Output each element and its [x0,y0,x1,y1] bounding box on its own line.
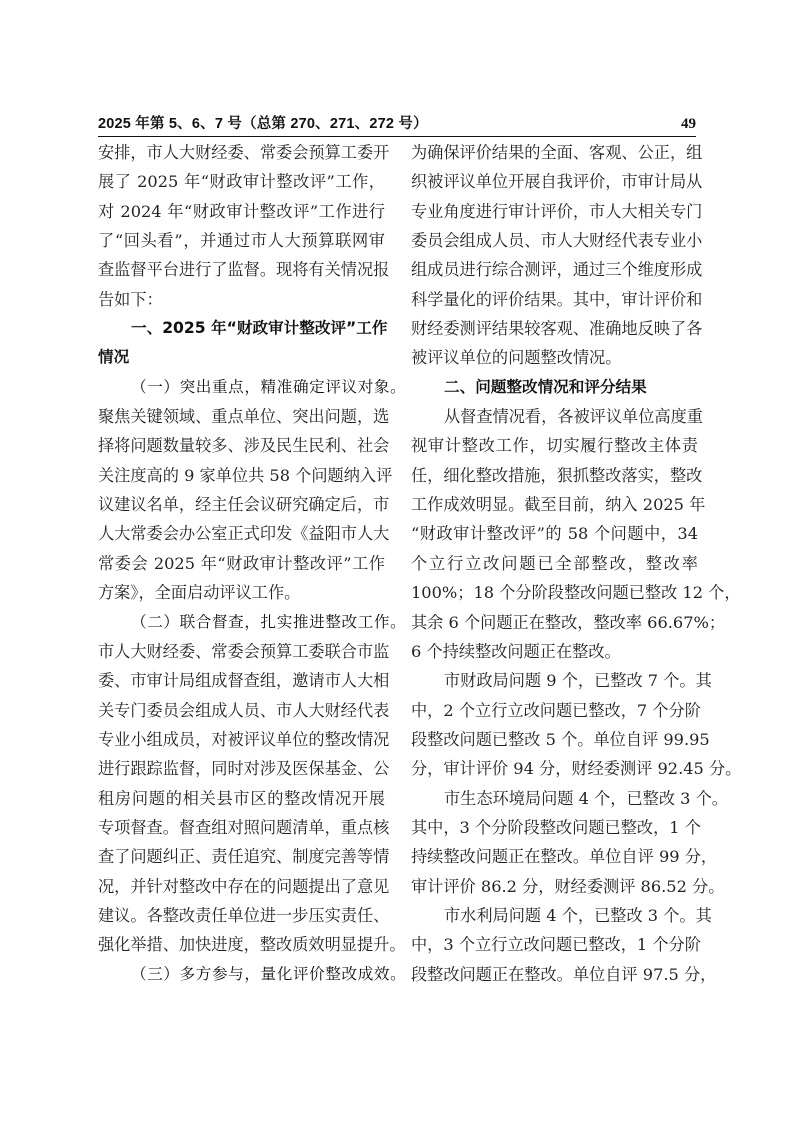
body-text-line: 人大常委会办公室正式印发《益阳市人大 [98,519,385,548]
body-text-line: 安排，市人大财经委、常委会预算工委开 [98,138,385,167]
subsection-heading: （二）联合督查，扎实推进整改工作。 [98,608,385,637]
body-text-line: 任，细化整改措施，狠抓整改落实，整改 [411,461,698,490]
body-text-line: 个立行立改问题已全部整改，整改率 [411,549,698,578]
body-text-line: 从督查情况看，各被评议单位高度重 [411,402,698,431]
body-text-line: 关注度高的 9 家单位共 58 个问题纳入评 [98,461,385,490]
section-heading: 一、2025 年“财政审计整改评”工作 [98,314,385,343]
body-text-line: 告如下： [98,285,385,314]
body-text-line: 市人大财经委、常委会预算工委联合市监 [98,637,385,666]
body-text-line: 择将问题数量较多、涉及民生民利、社会 [98,431,385,460]
body-text-line: 审计评价 86.2 分，财经委测评 86.52 分。 [411,872,698,901]
body-text-line: 100%；18 个分阶段整改问题已整改 12 个， [411,578,698,607]
subsection-heading: （一）突出重点，精准确定评议对象。 [98,373,385,402]
subsection-heading: （三）多方参与，量化评价整改成效。 [98,960,385,989]
body-text-line: 工作成效明显。截至目前，纳入 2025 年 [411,490,698,519]
body-text-line: 专业角度进行审计评价，市人大相关专门 [411,197,698,226]
body-text-line: 持续整改问题正在整改。单位自评 99 分， [411,842,698,871]
body-text-line: 况，并针对整改中存在的问题提出了意见 [98,872,385,901]
body-text-line: 织被评议单位开展自我评价，市审计局从 [411,167,698,196]
page-header: 2025 年第 5、6、7 号（总第 270、271、272 号） 49 [98,114,696,137]
body-text-line: 市生态环境局问题 4 个，已整改 3 个。 [411,784,698,813]
body-text-line: 专业小组成员，对被评议单位的整改情况 [98,725,385,754]
body-text-line: 分，审计评价 94 分，财经委测评 92.45 分。 [411,754,698,783]
body-text-line: 了“回头看”，并通过市人大预算联网审 [98,226,385,255]
body-text-line: 视审计整改工作，切实履行整改主体责 [411,431,698,460]
body-text-line: 被评议单位的问题整改情况。 [411,343,698,372]
body-text-line: 市财政局问题 9 个，已整改 7 个。其 [411,666,698,695]
body-text-line: 查了问题纠正、责任追究、制度完善等情 [98,842,385,871]
body-text-line: 强化举措、加快进度，整改质效明显提升。 [98,930,385,959]
body-text-line: 方案》，全面启动评议工作。 [98,578,385,607]
body-text-line: 委、市审计局组成督查组，邀请市人大相 [98,666,385,695]
body-text-line: 对 2024 年“财政审计整改评”工作进行 [98,197,385,226]
body-text-line: 其中，3 个分阶段整改问题已整改，1 个 [411,813,698,842]
right-column: 为确保评价结果的全面、客观、公正，组织被评议单位开展自我评价，市审计局从专业角度… [411,138,698,989]
body-text-line: 专项督查。督查组对照问题清单，重点核 [98,813,385,842]
body-text-line: 关专门委员会组成人员、市人大财经代表 [98,696,385,725]
body-text-line: 聚焦关键领域、重点单位、突出问题，选 [98,402,385,431]
body-text-line: 委员会组成人员、市人大财经代表专业小 [411,226,698,255]
journal-issue-label: 2025 年第 5、6、7 号（总第 270、271、272 号） [98,114,428,134]
page-number: 49 [681,114,696,134]
section-heading: 二、问题整改情况和评分结果 [411,373,698,402]
body-text-line: 段整改问题已整改 5 个。单位自评 99.95 [411,725,698,754]
body-text-line: 其余 6 个问题正在整改，整改率 66.67%； [411,608,698,637]
body-text-line: 议建议名单，经主任会议研究确定后，市 [98,490,385,519]
body-text-line: 市水利局问题 4 个，已整改 3 个。其 [411,901,698,930]
section-heading: 情况 [98,343,385,372]
body-text-line: 组成员进行综合测评，通过三个维度形成 [411,255,698,284]
body-text-line: 中，2 个立行立改问题已整改，7 个分阶 [411,696,698,725]
body-text-line: 展了 2025 年“财政审计整改评”工作， [98,167,385,196]
body-text-line: 查监督平台进行了监督。现将有关情况报 [98,255,385,284]
body-text-line: 财经委测评结果较客观、准确地反映了各 [411,314,698,343]
body-text-line: 段整改问题正在整改。单位自评 97.5 分， [411,960,698,989]
body-text-line: 为确保评价结果的全面、客观、公正，组 [411,138,698,167]
body-text-line: 进行跟踪监督，同时对涉及医保基金、公 [98,754,385,783]
left-column: 安排，市人大财经委、常委会预算工委开展了 2025 年“财政审计整改评”工作，对… [98,138,385,989]
body-text-line: 常委会 2025 年“财政审计整改评”工作 [98,549,385,578]
body-text-line: 6 个持续整改问题正在整改。 [411,637,698,666]
body-text-line: 租房问题的相关县市区的整改情况开展 [98,784,385,813]
body-text-line: 科学量化的评价结果。其中，审计评价和 [411,285,698,314]
body-text-line: “财政审计整改评”的 58 个问题中，34 [411,519,698,548]
body-text-line: 建议。各整改责任单位进一步压实责任、 [98,901,385,930]
body-text-line: 中，3 个立行立改问题已整改，1 个分阶 [411,930,698,959]
